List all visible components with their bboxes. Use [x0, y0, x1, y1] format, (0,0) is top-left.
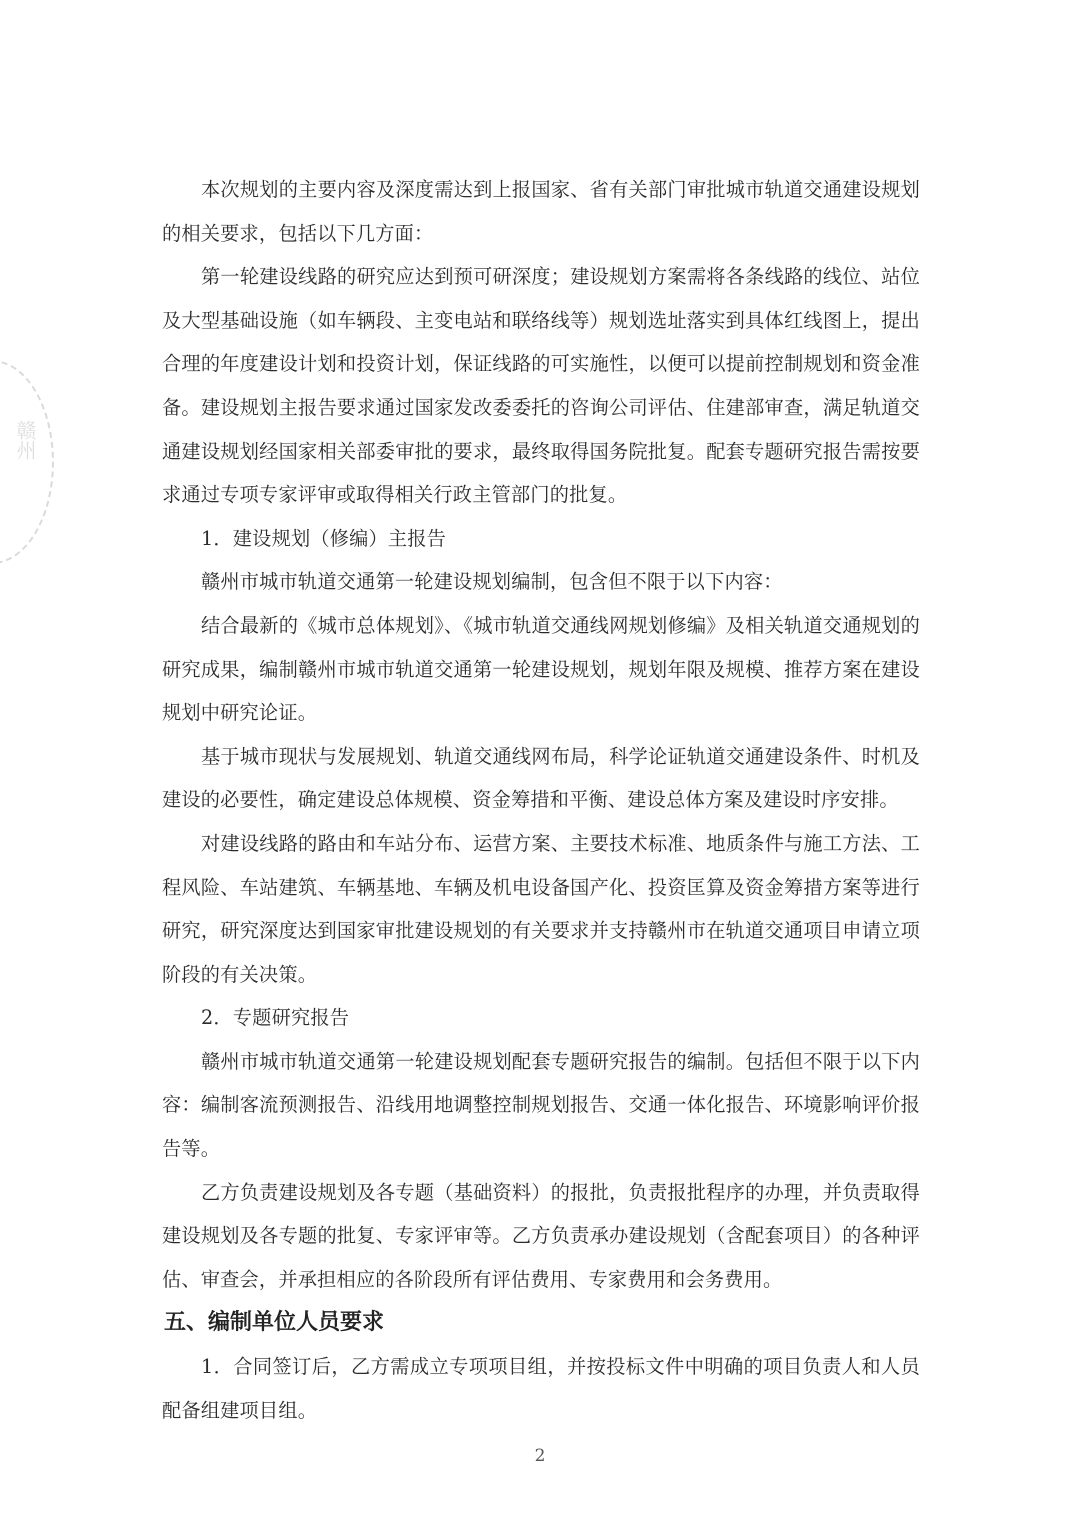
paragraph-project-team: 1．合同签订后，乙方需成立专项项目组，并按投标文件中明确的项目负责人和人员配备组… — [162, 1345, 920, 1432]
document-page: 赣州 本次规划的主要内容及深度需达到上报国家、省有关部门审批城市轨道交通建设规划… — [0, 0, 1080, 1526]
paragraph-scope: 本次规划的主要内容及深度需达到上报国家、省有关部门审批城市轨道交通建设规划的相关… — [162, 168, 920, 255]
paragraph-party-b-duties: 乙方负责建设规划及各专题（基础资料）的报批，负责报批程序的办理，并负责取得建设规… — [162, 1171, 920, 1302]
paragraph-feasibility: 基于城市现状与发展规划、轨道交通线网布局，科学论证轨道交通建设条件、时机及建设的… — [162, 735, 920, 822]
subheading-special-reports: 2．专题研究报告 — [162, 996, 920, 1040]
seal-stamp-icon — [0, 360, 54, 564]
paragraph-main-report-intro: 赣州市城市轨道交通第一轮建设规划编制，包含但不限于以下内容： — [162, 560, 920, 604]
document-body: 本次规划的主要内容及深度需达到上报国家、省有关部门审批城市轨道交通建设规划的相关… — [162, 168, 920, 1433]
paragraph-special-reports: 赣州市城市轨道交通第一轮建设规划配套专题研究报告的编制。包括但不限于以下内容：编… — [162, 1040, 920, 1171]
section-heading-staff-requirements: 五、编制单位人员要求 — [162, 1301, 920, 1345]
paragraph-route-study: 对建设线路的路由和车站分布、运营方案、主要技术标准、地质条件与施工方法、工程风险… — [162, 822, 920, 996]
subheading-main-report: 1．建设规划（修编）主报告 — [162, 517, 920, 561]
paragraph-combine-plans: 结合最新的《城市总体规划》、《城市轨道交通线网规划修编》及相关轨道交通规划的研究… — [162, 604, 920, 735]
seal-stamp-text: 赣州 — [8, 420, 38, 460]
paragraph-first-round-depth: 第一轮建设线路的研究应达到预可研深度；建设规划方案需将各条线路的线位、站位及大型… — [162, 255, 920, 517]
page-number: 2 — [0, 1446, 1080, 1466]
